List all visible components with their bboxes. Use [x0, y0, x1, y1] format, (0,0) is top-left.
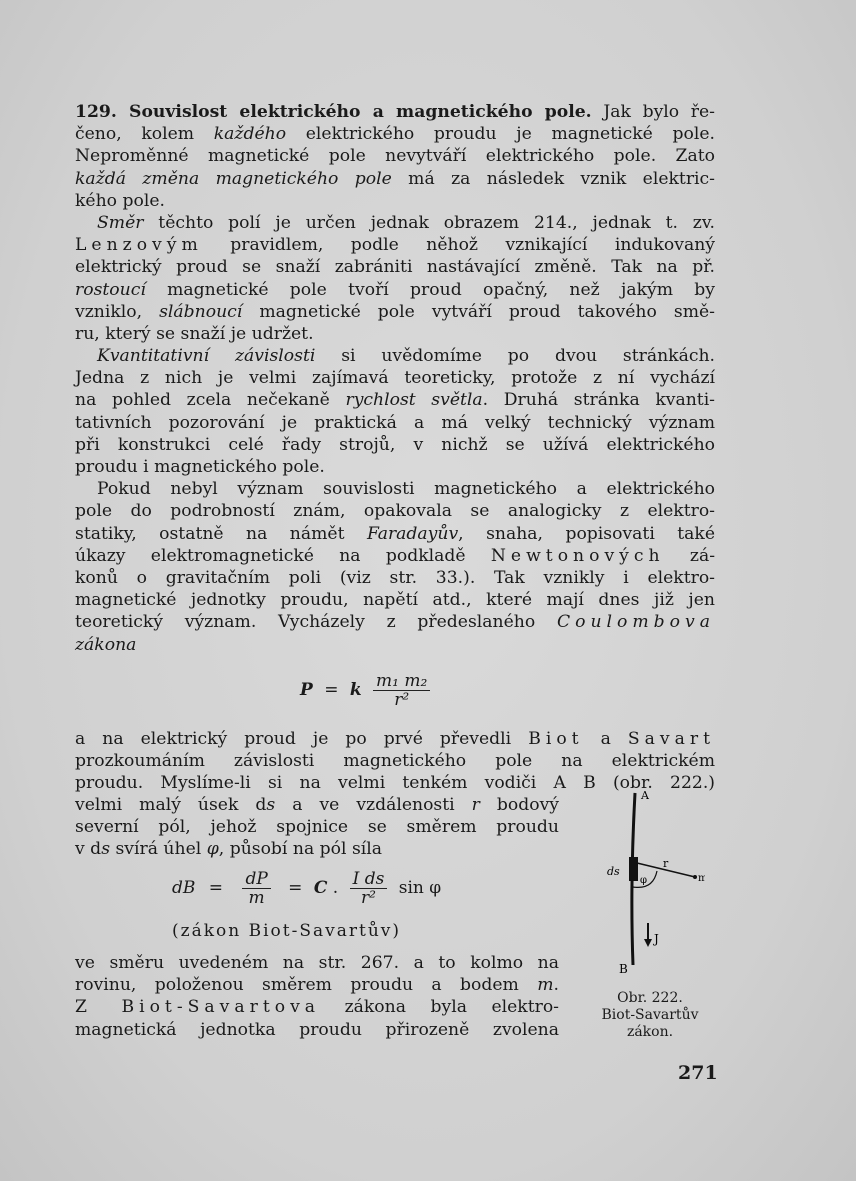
biot-savart-formula: dB = dPm = C . I dsr² sin φ [172, 870, 441, 907]
coulomb-formula: P = k m₁ m₂r² [300, 672, 436, 709]
biot-savart-caption: (zákon Biot-Savartův) [172, 921, 401, 941]
svg-text:J: J [652, 932, 659, 946]
paragraph-section-129: 129. Souvislost elektrického a magnetick… [75, 101, 715, 656]
book-page: 129. Souvislost elektrického a magnetick… [0, 0, 856, 1181]
svg-text:B: B [619, 962, 628, 975]
paragraph-biot-savart-cont: velmi malý úsek ds a ve vzdálenosti r bo… [75, 794, 559, 861]
svg-text:r: r [663, 857, 669, 870]
svg-text:φ: φ [640, 875, 647, 886]
figure-caption: Obr. 222. Biot-Savartův zákon. [585, 990, 715, 1041]
svg-text:A: A [640, 789, 650, 802]
biot-savart-figure: A B ds r m φ J [595, 785, 705, 975]
svg-text:ds: ds [607, 865, 620, 878]
svg-text:m: m [698, 873, 705, 884]
section-heading: 129. Souvislost elektrického a magnetick… [75, 102, 592, 122]
paragraph-unit: ve směru uvedeném na str. 267. a to kolm… [75, 952, 559, 1041]
page-number: 271 [678, 1062, 718, 1084]
